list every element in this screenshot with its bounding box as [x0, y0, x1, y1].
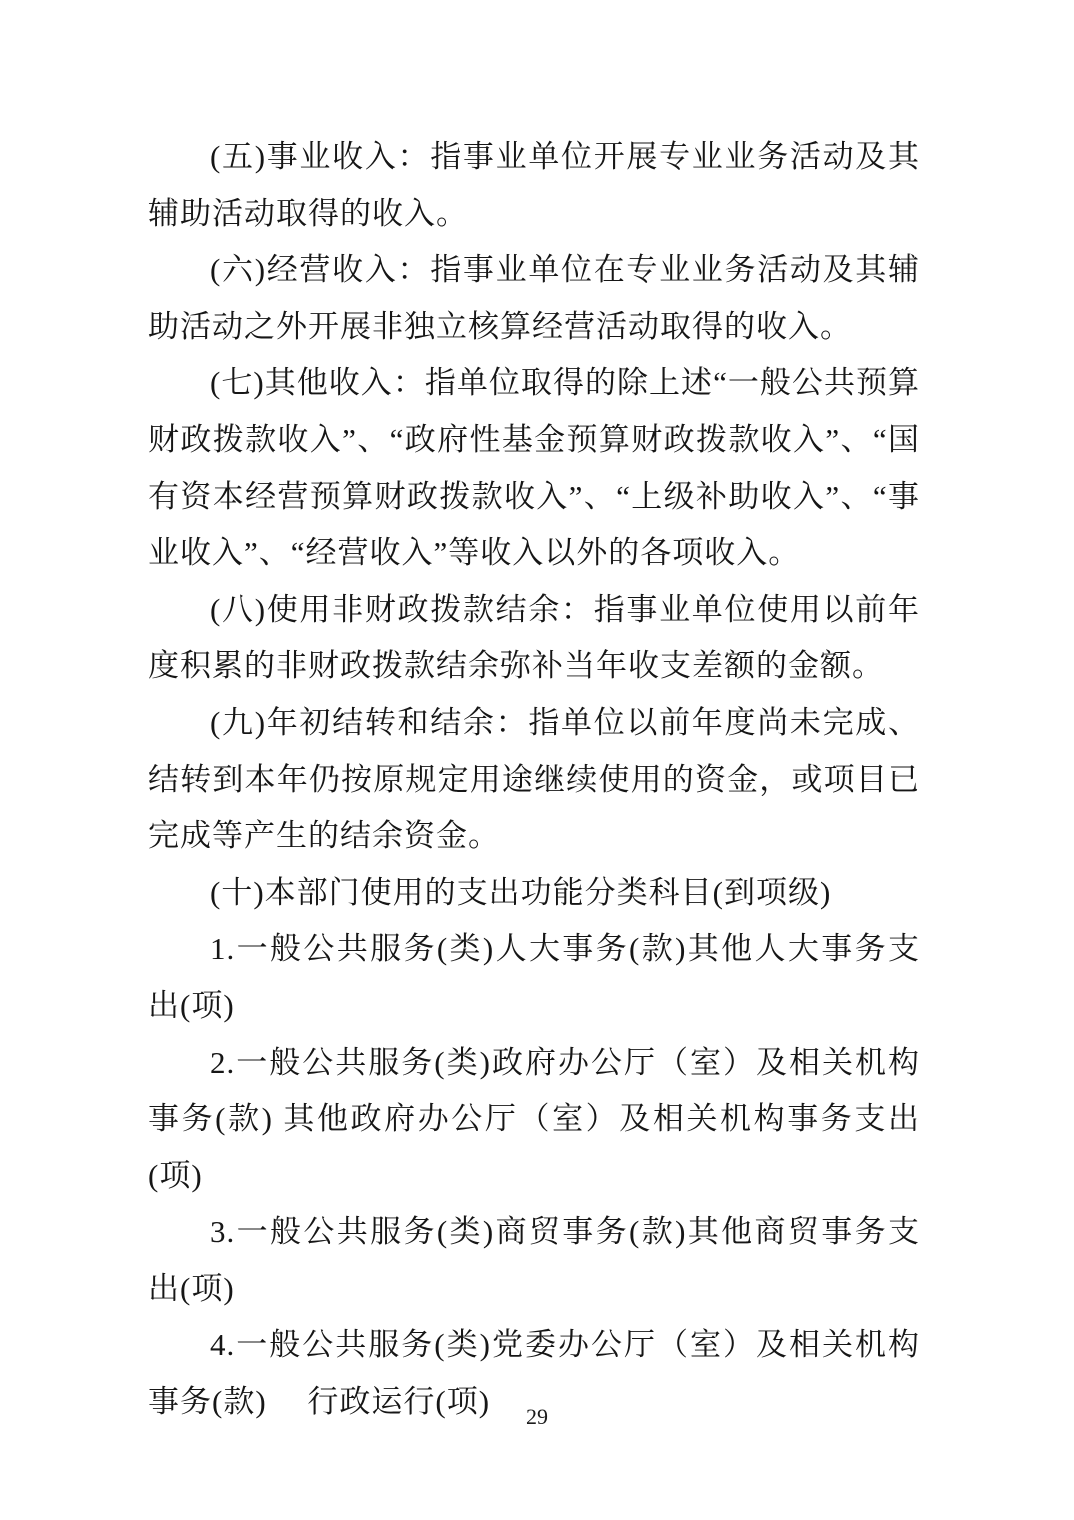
paragraph-item-3: 3.一般公共服务(类)商贸事务(款)其他商贸事务支出(项) [148, 1204, 920, 1317]
paragraph-income-5: (五)事业收入：指事业单位开展专业业务活动及其辅助活动取得的收入。 [148, 129, 920, 242]
paragraph-income-6: (六)经营收入：指事业单位在专业业务活动及其辅助活动之外开展非独立核算经营活动取… [148, 242, 920, 355]
document-body: (五)事业收入：指事业单位开展专业业务活动及其辅助活动取得的收入。 (六)经营收… [148, 129, 920, 1431]
paragraph-income-9: (九)年初结转和结余：指单位以前年度尚未完成、结转到本年仍按原规定用途继续使用的… [148, 695, 920, 865]
paragraph-income-7: (七)其他收入：指单位取得的除上述“一般公共预算财政拨款收入”、“政府性基金预算… [148, 355, 920, 581]
document-page: (五)事业收入：指事业单位开展专业业务活动及其辅助活动取得的收入。 (六)经营收… [0, 0, 1074, 1520]
paragraph-income-8: (八)使用非财政拨款结余：指事业单位使用以前年度积累的非财政拨款结余弥补当年收支… [148, 582, 920, 695]
paragraph-item-1: 1.一般公共服务(类)人大事务(款)其他人大事务支出(项) [148, 921, 920, 1034]
paragraph-heading-10: (十)本部门使用的支出功能分类科目(到项级) [148, 865, 920, 922]
page-number: 29 [0, 1402, 1074, 1432]
paragraph-item-2: 2.一般公共服务(类)政府办公厅（室）及相关机构事务(款) 其他政府办公厅（室）… [148, 1035, 920, 1205]
